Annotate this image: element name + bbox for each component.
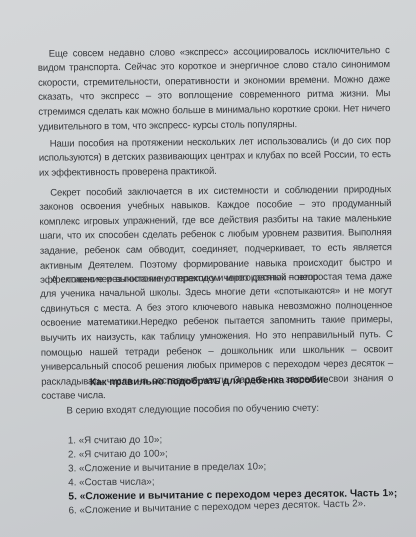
paragraph-express: Еще совсем недавно слово «экспресс» ассо… (38, 44, 391, 135)
document-page: Еще совсем недавно слово «экспресс» ассо… (0, 0, 416, 537)
series-intro: В серию входят следующие пособия по обуч… (66, 403, 319, 417)
paragraph-usage: Наши пособия на протяжении нескольких ле… (39, 134, 391, 181)
series-list: 1. «Я считаю до 10»; 2. «Я считаю до 100… (68, 431, 398, 518)
